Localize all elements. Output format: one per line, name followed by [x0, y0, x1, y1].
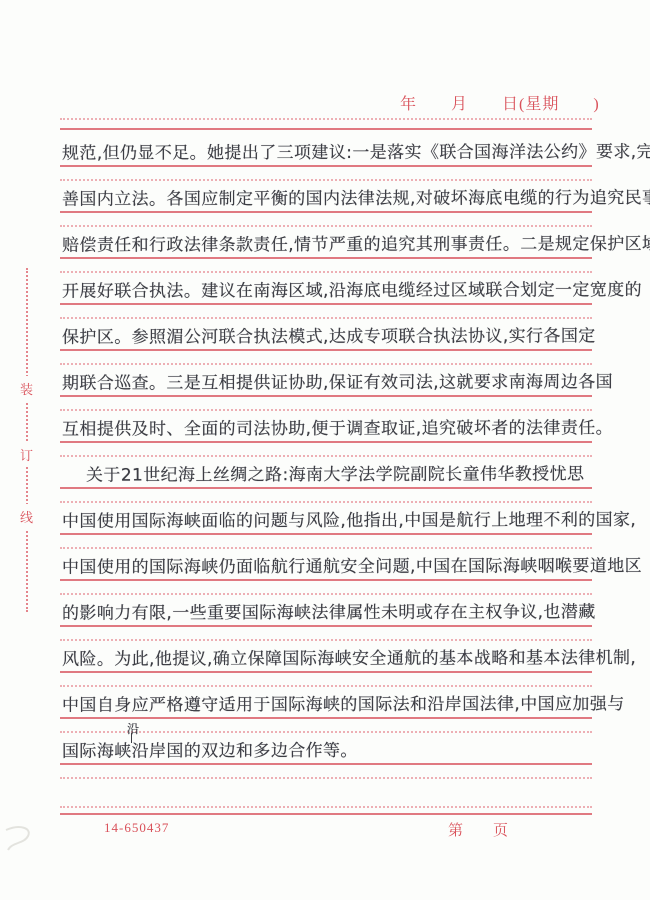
pencil-smudge: [2, 822, 36, 858]
handwriting-line: 中国使用的国际海峡仍面临航行通航安全问题,中国在国际海峡咽喉要道地区: [62, 552, 594, 581]
handwriting-line: 善国内立法。各国应制定平衡的国内法律法规,对破坏海底电缆的行为追究民事: [62, 184, 594, 213]
rule-line-dotted: [60, 501, 592, 503]
rule-line-dotted: [60, 317, 592, 319]
rule-line-dotted: [60, 409, 592, 411]
rule-line-dotted: [60, 639, 592, 641]
notebook-page: 年 月 日(星期 ) 装 订 线 规范,但仍显不足。她提出了三项建议:一是落实《…: [0, 0, 650, 900]
rule-line-dotted: [60, 685, 592, 687]
handwriting-line: 中国使用国际海峡面临的问题与风险,他指出,中国是航行上地理不利的国家,: [62, 506, 594, 535]
rule-line-dotted: [60, 806, 592, 808]
insertion-correction-char: 沿: [127, 720, 139, 737]
header-date-line: 年 月 日(星期 ): [400, 91, 560, 114]
handwriting-line: 关于21世纪海上丝绸之路:海南大学法学院副院长童伟华教授忧思: [62, 460, 618, 489]
handwriting-line: 中国自身应严格遵守适用于国际海峡的国际法和沿岸国法律,中国应加强与: [62, 690, 594, 719]
binding-char-xian: 线: [20, 504, 33, 529]
binding-char-zhuang: 装: [20, 376, 33, 401]
rule-line-solid: [60, 813, 592, 815]
handwriting-line: 开展好联合执法。建议在南海区域,沿海底电缆经过区域联合划定一定宽度的: [62, 276, 594, 305]
footer-serial-number: 14-650437: [104, 820, 169, 836]
rule-line-dotted: [60, 179, 592, 181]
handwriting-line: 期联合巡查。三是互相提供证协助,保证有效司法,这就要求南海周边各国: [62, 368, 594, 397]
rule-line-dotted: [60, 731, 592, 733]
handwriting-line: 的影响力有限,一些重要国际海峡法律属性未明或存在主权争议,也潜藏: [62, 598, 594, 627]
handwriting-line: 规范,但仍显不足。她提出了三项建议:一是落实《联合国海洋法公约》要求,完: [62, 138, 594, 167]
rule-line-dotted: [60, 455, 592, 457]
rule-line-dotted: [60, 271, 592, 273]
rule-line-dotted: [60, 118, 592, 120]
rule-line-solid: [60, 128, 592, 130]
handwriting-line: 保护区。参照湄公河联合执法模式,达成专项联合执法协议,实行各国定: [62, 322, 594, 351]
rule-line-dotted: [60, 363, 592, 365]
rule-line-dotted: [60, 593, 592, 595]
footer-page-label: 第 页: [448, 819, 508, 840]
rule-line-dotted: [60, 777, 592, 779]
handwriting-line: 赔偿责任和行政法律条款责任,情节严重的追究其刑事责任。二是规定保护区域,: [62, 230, 594, 259]
handwriting-line: 风险。为此,他提议,确立保障国际海峡安全通航的基本战略和基本法律机制,: [62, 644, 594, 673]
handwriting-line: 互相提供及时、全面的司法协助,便于调查取证,追究破坏者的法律责任。: [62, 414, 594, 443]
rule-line-dotted: [60, 225, 592, 227]
rule-line-dotted: [60, 547, 592, 549]
binding-char-ding: 订: [20, 442, 33, 467]
binding-line: 装 订 线: [26, 268, 28, 612]
handwriting-line: 国际海峡沿岸国的双边和多边合作等。: [62, 736, 594, 765]
